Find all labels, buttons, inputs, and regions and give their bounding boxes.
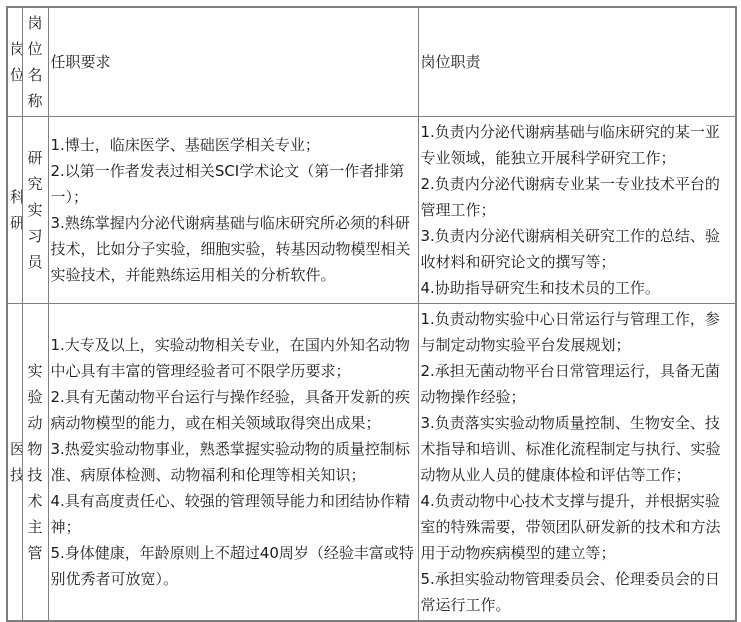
cell-duties-research: 1.负责内分泌代谢病基础与临床研究的某一亚专业领域，能独立开展科学研究工作； 2… <box>418 117 736 304</box>
header-category: 岗位 <box>7 7 22 117</box>
requirement-item: 4.具有高度责任心、较强的管理领导能力和团结协作精神； <box>51 488 416 540</box>
job-postings-table: 岗位 岗位名称 任职要求 岗位职责 科研 研究实习员 1.博士，临床医学、基础医… <box>6 6 737 622</box>
duty-item: 2.承担无菌动物平台日常管理运行，具备无菌动物操作经验； <box>421 358 734 410</box>
cell-requirements-research: 1.博士，临床医学、基础医学相关专业； 2.以第一作者发表过相关SCI学术论文（… <box>48 117 418 304</box>
header-position-name: 岗位名称 <box>22 7 48 117</box>
duty-item: 3.负责落实实验动物质量控制、生物安全、技术指导和培训、标准化流程制定与执行、实… <box>421 410 734 488</box>
position-label: 实验动物技术主管 <box>27 358 42 566</box>
header-requirements: 任职要求 <box>48 7 418 117</box>
cell-duties-medtech: 1.负责动物实验中心日常运行与管理工作，参与制定动物实验平台发展规划； 2.承担… <box>418 304 736 622</box>
position-label: 研究实习员 <box>27 145 42 275</box>
duty-item: 1.负责动物实验中心日常运行与管理工作，参与制定动物实验平台发展规划； <box>421 306 734 358</box>
duty-item: 1.负责内分泌代谢病基础与临床研究的某一亚专业领域，能独立开展科学研究工作； <box>421 119 734 171</box>
requirement-item: 3.熟练掌握内分泌代谢病基础与临床研究所必须的科研技术，比如分子实验，细胞实验，… <box>51 210 416 288</box>
cell-position-lab-animal-supervisor: 实验动物技术主管 <box>22 304 48 622</box>
table-row-research-intern: 科研 研究实习员 1.博士，临床医学、基础医学相关专业； 2.以第一作者发表过相… <box>7 117 736 304</box>
requirement-item: 1.大专及以上，实验动物相关专业，在国内外知名动物中心具有丰富的管理经验者可不限… <box>51 332 416 384</box>
cell-category-research: 科研 <box>7 117 22 304</box>
table-row-lab-animal-supervisor: 医技 实验动物技术主管 1.大专及以上，实验动物相关专业，在国内外知名动物中心具… <box>7 304 736 622</box>
page: 岗位 岗位名称 任职要求 岗位职责 科研 研究实习员 1.博士，临床医学、基础医… <box>0 0 741 622</box>
requirement-item: 5.身体健康，年龄原则上不超过40周岁（经验丰富或特别优秀者可放宽）。 <box>51 540 416 592</box>
category-label: 医技 <box>10 436 22 488</box>
duty-item: 3.负责内分泌代谢病相关研究工作的总结、验收材料和研究论文的撰写等； <box>421 223 734 275</box>
table-header-row: 岗位 岗位名称 任职要求 岗位职责 <box>7 7 736 117</box>
duty-item: 5.承担实验动物管理委员会、伦理委员会的日常运行工作。 <box>421 566 734 618</box>
requirement-item: 1.博士，临床医学、基础医学相关专业； <box>51 132 416 158</box>
duty-item: 4.协助指导研究生和技术员的工作。 <box>421 275 734 301</box>
header-duties: 岗位职责 <box>418 7 736 117</box>
duty-item: 4.负责动物中心技术支撑与提升，并根据实验室的特殊需要，带领团队研发新的技术和方… <box>421 488 734 566</box>
requirement-item: 3.热爱实验动物事业，熟悉掌握实验动物的质量控制标准、病原体检测、动物福利和伦理… <box>51 436 416 488</box>
header-category-label: 岗位 <box>10 36 22 88</box>
duty-item: 2.负责内分泌代谢病专业某一专业技术平台的管理工作； <box>421 171 734 223</box>
requirement-item: 2.具有无菌动物平台运行与操作经验，具备开发新的疾病动物模型的能力，或在相关领域… <box>51 384 416 436</box>
category-label: 科研 <box>10 184 22 236</box>
cell-requirements-medtech: 1.大专及以上，实验动物相关专业，在国内外知名动物中心具有丰富的管理经验者可不限… <box>48 304 418 622</box>
cell-category-medtech: 医技 <box>7 304 22 622</box>
header-position-name-label: 岗位名称 <box>27 10 42 114</box>
cell-position-research-intern: 研究实习员 <box>22 117 48 304</box>
requirement-item: 2.以第一作者发表过相关SCI学术论文（第一作者排第一）； <box>51 158 416 210</box>
